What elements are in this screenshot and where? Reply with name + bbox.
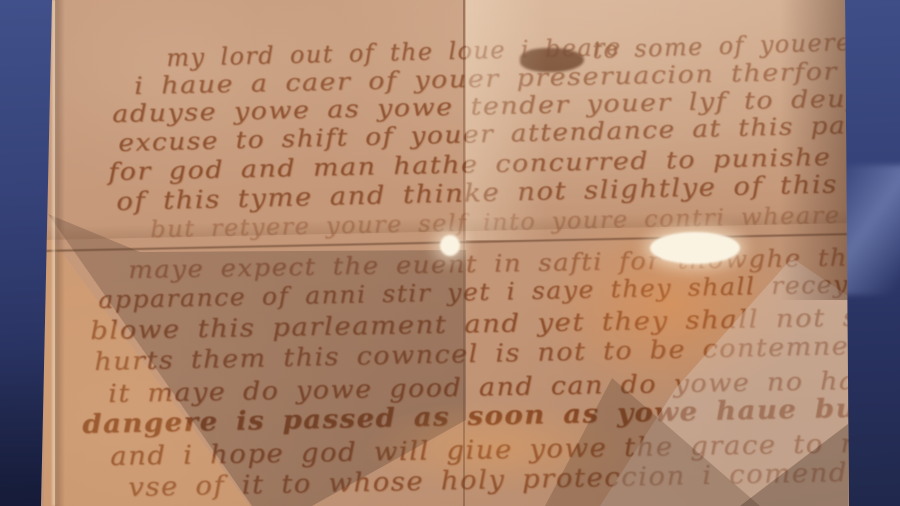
handwritten-line: vse of it to whose holy proteccion i com… [128,458,900,501]
handwritten-line: hurts them this cowncel is not to be con… [94,330,900,374]
pale-facet-top-right [466,0,848,210]
fold-shadow-facet-left [0,0,900,506]
vertical-fold-crease [463,0,465,506]
handwritten-line: apparance of anni stir yet i saye they s… [98,268,900,312]
handwritten-line: excuse to shift of youer attendance at t… [118,110,900,155]
fold-damage-spot [440,235,460,256]
fold-shadow-facet-bottom-center [0,0,900,506]
handwriting-layer: my lord out of the loue i beareto some o… [0,0,900,506]
photo-of-historic-letter: my lord out of the loue i beareto some o… [0,0,900,506]
paper-edge-shadow-left [55,0,65,506]
ink-blot-crossed-out-word [520,48,584,72]
handwritten-line: my lord out of the loue i beare [166,35,622,70]
handwritten-line: aduyse yowe as yowe tender youer lyf to … [112,84,900,126]
fold-damage-spot [650,232,740,264]
handwritten-line: and i hope god will giue yowe the grace … [110,429,900,470]
handwritten-line: blowe this parleament and yet they shall… [90,302,900,343]
handwritten-line: maye expect the euent in safti for thowg… [128,243,900,282]
parchment-letter: my lord out of the loue i beareto some o… [0,0,900,506]
pale-facet-bottom-right [0,0,900,506]
fold-shadow-facet-bottom-right-corner [0,0,900,506]
horizontal-fold-shading [42,209,848,240]
handwritten-line: i haue a caer of youer preseruacion ther… [134,56,900,98]
paper-edge-highlight [52,0,56,506]
handwritten-line: dangere is passed as soon as yowe haue b… [82,391,900,438]
lit-facet-bottom-left [0,0,900,506]
warm-light-glow-right [480,170,860,440]
backdrop-light-streak [838,165,900,295]
warm-light-glow-bottom [320,385,670,506]
horizontal-fold-crease [42,233,848,252]
handwritten-line: but retyere youre self into youre contri… [150,203,900,242]
vertical-fold-highlight [466,0,546,240]
paper-edge-shadow-right [780,0,850,300]
handwritten-line: to some of youere frends [592,27,900,62]
handwritten-line: it maye do yowe good and can do yowe no … [108,365,900,406]
handwritten-line: for god and man hathe concurred to punis… [108,142,900,184]
handwritten-line: of this tyme and thinke not slightlye of… [116,168,900,214]
